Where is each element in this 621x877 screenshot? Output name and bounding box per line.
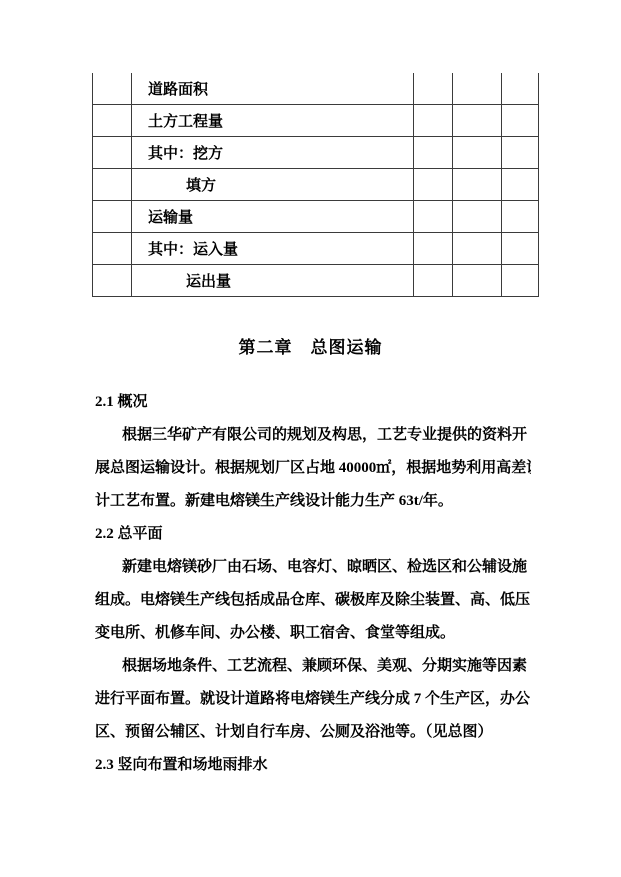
empty-cell	[414, 169, 453, 201]
chapter-title: 第二章 总图运输	[0, 333, 621, 358]
paragraph-line: 进行平面布置。就设计道路将电熔镁生产线分成 7 个生产区，办公	[95, 683, 531, 716]
document-page: 道路面积 土方工程量 其中：挖方 填方	[0, 0, 621, 877]
empty-cell	[453, 137, 502, 169]
empty-cell	[453, 233, 502, 265]
empty-cell	[414, 105, 453, 137]
paragraph-line: 根据三华矿产有限公司的规划及构思，工艺专业提供的资料开	[95, 419, 531, 452]
paragraph-line: 计工艺布置。新建电熔镁生产线设计能力生产 63t/年。	[95, 485, 531, 518]
empty-cell	[414, 73, 453, 105]
table-row: 填方	[93, 169, 539, 201]
table-row: 土方工程量	[93, 105, 539, 137]
table-row: 道路面积	[93, 73, 539, 105]
row-label: 运出量	[132, 265, 414, 297]
row-label: 运输量	[132, 201, 414, 233]
paragraph-line: 区、预留公辅区、计划自行车房、公厕及浴池等。（见总图）	[95, 716, 531, 749]
empty-cell	[502, 233, 539, 265]
empty-cell	[502, 73, 539, 105]
empty-cell	[453, 169, 502, 201]
empty-cell	[93, 201, 132, 233]
empty-cell	[502, 105, 539, 137]
section-heading: 2.2 总平面	[95, 518, 531, 551]
empty-cell	[502, 265, 539, 297]
table-row: 运输量	[93, 201, 539, 233]
row-label: 土方工程量	[132, 105, 414, 137]
empty-cell	[93, 233, 132, 265]
empty-cell	[414, 201, 453, 233]
empty-cell	[453, 201, 502, 233]
row-label: 填方	[132, 169, 414, 201]
empty-cell	[93, 73, 132, 105]
empty-cell	[414, 265, 453, 297]
empty-cell	[93, 169, 132, 201]
body-content: 2.1 概况 根据三华矿产有限公司的规划及构思，工艺专业提供的资料开 展总图运输…	[95, 386, 531, 782]
quantities-table: 道路面积 土方工程量 其中：挖方 填方	[92, 73, 539, 297]
row-label: 其中：挖方	[132, 137, 414, 169]
section-heading: 2.1 概况	[95, 386, 531, 419]
empty-cell	[414, 137, 453, 169]
empty-cell	[93, 265, 132, 297]
table-row: 其中：运入量	[93, 233, 539, 265]
paragraph-line: 根据场地条件、工艺流程、兼顾环保、美观、分期实施等因素	[95, 650, 531, 683]
empty-cell	[93, 137, 132, 169]
empty-cell	[414, 233, 453, 265]
empty-cell	[93, 105, 132, 137]
paragraph-line: 展总图运输设计。根据规划厂区占地 40000㎡，根据地势利用高差设	[95, 452, 531, 485]
table-row: 运出量	[93, 265, 539, 297]
paragraph-line: 组成。电熔镁生产线包括成品仓库、碳极库及除尘装置、高、低压	[95, 584, 531, 617]
empty-cell	[453, 73, 502, 105]
row-label: 道路面积	[132, 73, 414, 105]
empty-cell	[502, 137, 539, 169]
row-label: 其中：运入量	[132, 233, 414, 265]
empty-cell	[453, 105, 502, 137]
empty-cell	[502, 201, 539, 233]
empty-cell	[502, 169, 539, 201]
paragraph-line: 新建电熔镁砂厂由石场、电容灯、晾晒区、检选区和公辅设施	[95, 551, 531, 584]
paragraph-line: 变电所、机修车间、办公楼、职工宿舍、食堂等组成。	[95, 617, 531, 650]
table-row: 其中：挖方	[93, 137, 539, 169]
empty-cell	[453, 265, 502, 297]
section-heading: 2.3 竖向布置和场地雨排水	[95, 749, 531, 782]
